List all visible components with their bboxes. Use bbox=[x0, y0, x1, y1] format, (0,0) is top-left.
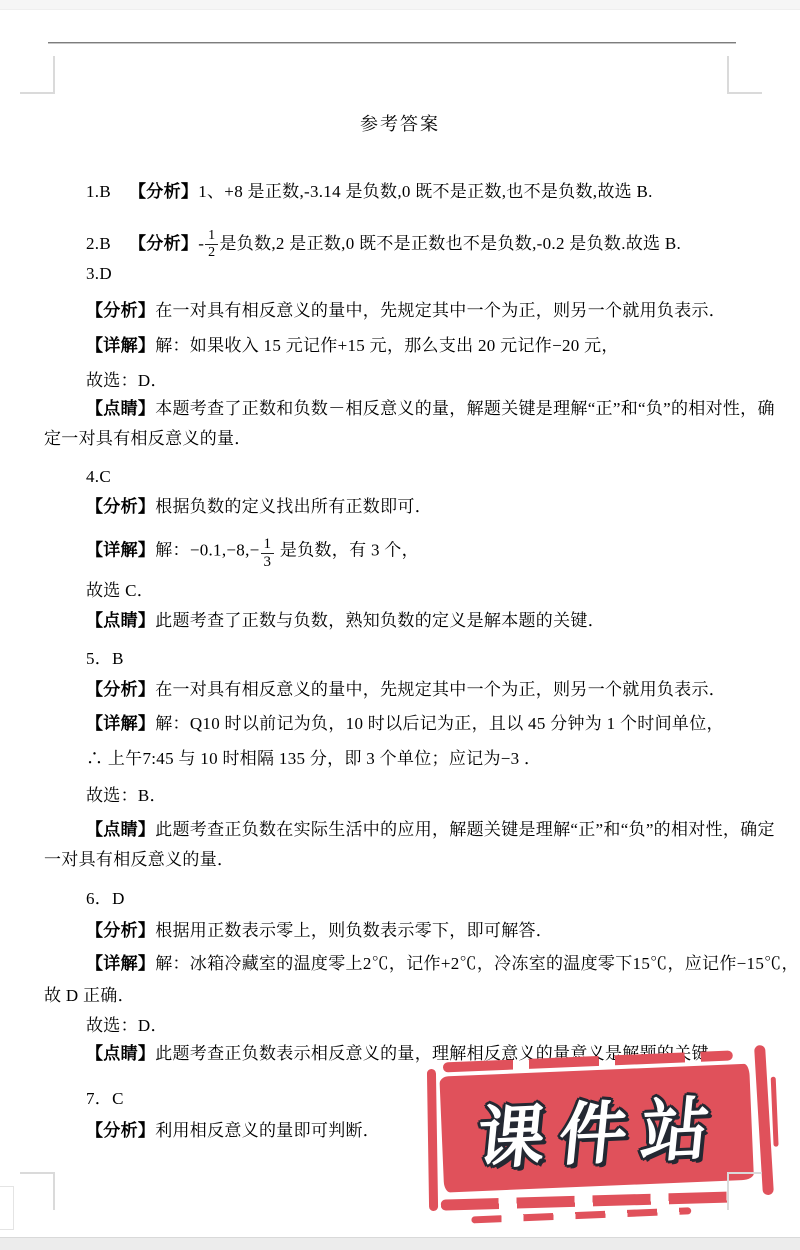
deduction-text: 与 10 时相隔 135 分，即 3 个单位；应记为 bbox=[174, 749, 501, 768]
analysis-label: 【分析】 bbox=[86, 301, 155, 320]
answer-5-choice: 故选：B． bbox=[86, 784, 167, 808]
answer-6-detail-wrap: 故 D 正确． bbox=[44, 984, 135, 1008]
answer-7-analysis: 【分析】利用相反意义的量即可判断． bbox=[86, 1119, 380, 1143]
math-q10: Q10 bbox=[190, 714, 220, 733]
analysis-label: 【分析】 bbox=[86, 1121, 155, 1140]
top-gray-strip bbox=[0, 0, 800, 10]
stamp-text: 课件站 bbox=[473, 1074, 728, 1182]
analysis-label: 【分析】 bbox=[86, 497, 155, 516]
detail-text: 解：如果收入 15 元记作 bbox=[155, 336, 337, 355]
detail-label: 【详解】 bbox=[86, 954, 155, 973]
analysis-text: 根据用正数表示零上，则负数表示零下，即可解答． bbox=[155, 921, 553, 940]
detail-text: ， bbox=[781, 954, 798, 973]
answer-6-analysis: 【分析】根据用正数表示零上，则负数表示零下，即可解答． bbox=[86, 919, 553, 943]
math-negatives: −0.1,−8,− bbox=[190, 540, 260, 559]
page-edge-artifact bbox=[0, 1186, 14, 1230]
stamp-edge-bottom-outer bbox=[471, 1207, 691, 1223]
answer-4-keypoint: 【点睛】此题考查了正数与负数，熟知负数的定义是解本题的关键． bbox=[86, 609, 605, 633]
answer-3-number: 3.D bbox=[86, 262, 112, 286]
analysis-text: 根据负数的定义找出所有正数即可． bbox=[155, 497, 432, 516]
detail-text: 解： bbox=[155, 540, 190, 559]
detail-text: 是负数，有 3 个， bbox=[275, 540, 419, 559]
text-boundary-mark-top-right bbox=[727, 56, 762, 94]
answer-5-keypoint-wrap: 一对具有相反意义的量． bbox=[44, 848, 234, 872]
analysis-label: 【分析】 bbox=[86, 921, 155, 940]
answer-5-deduction: ∴ 上午7:45 与 10 时相隔 135 分，即 3 个单位；应记为−3 ． bbox=[86, 747, 541, 771]
math-2c: 2℃ bbox=[363, 954, 389, 973]
answer-3-analysis: 【分析】在一对具有相反意义的量中，先规定其中一个为正，则另一个就用负表示． bbox=[86, 299, 726, 323]
keypoint-text: 此题考查正负数在实际生活中的应用，解题关键是理解“正”和“负”的相对性，确定 bbox=[155, 820, 775, 839]
analysis-label: 【分析】 bbox=[129, 182, 198, 201]
analysis-text: 在一对具有相反意义的量中，先规定其中一个为正，则另一个就用负表示． bbox=[155, 301, 726, 320]
math-minus-20: −20 bbox=[552, 336, 580, 355]
answer-3-detail: 【详解】解：如果收入 15 元记作+15 元，那么支出 20 元记作−20 元， bbox=[86, 334, 619, 358]
fraction-one-half: 12 bbox=[205, 229, 218, 260]
deduction-text: ∴ 上午 bbox=[86, 749, 142, 768]
keypoint-label: 【点睛】 bbox=[86, 820, 155, 839]
math-plus-15: +15 bbox=[338, 336, 366, 355]
math-minus-15c: −15℃ bbox=[737, 954, 782, 973]
math-minus-3: −3 bbox=[501, 749, 520, 768]
keypoint-label: 【点睛】 bbox=[86, 1044, 155, 1063]
answer-number: 1.B bbox=[86, 180, 111, 204]
answer-4-number: 4.C bbox=[86, 465, 111, 489]
analysis-text: 利用相反意义的量即可判断． bbox=[155, 1121, 380, 1140]
detail-text: ，应记作 bbox=[667, 954, 736, 973]
detail-text: 元， bbox=[580, 336, 619, 355]
answer-5-keypoint: 【点睛】此题考查正负数在实际生活中的应用，解题关键是理解“正”和“负”的相对性，… bbox=[86, 818, 775, 842]
detail-label: 【详解】 bbox=[86, 540, 155, 559]
answer-text: 是负数,2 是正数,0 既不是正数也不是负数,-0.2 是负数.故选 B. bbox=[219, 234, 681, 253]
stamp-edge-right-outer bbox=[771, 1077, 779, 1147]
analysis-text: 在一对具有相反意义的量中，先规定其中一个为正，则另一个就用负表示． bbox=[155, 680, 726, 699]
answer-3-keypoint: 【点睛】本题考查了正数和负数－相反意义的量，解题关键是理解“正”和“负”的相对性… bbox=[86, 397, 775, 421]
answer-text: 1、+8 是正数,-3.14 是负数,0 既不是正数,也不是负数,故选 B. bbox=[198, 182, 653, 201]
detail-text: 解：冰箱冷藏室的温度零上 bbox=[155, 954, 363, 973]
detail-text: 解： bbox=[155, 714, 190, 733]
text-boundary-mark-top-left bbox=[20, 56, 55, 94]
math-plus-2c: +2℃ bbox=[441, 954, 477, 973]
analysis-label: 【分析】 bbox=[129, 234, 198, 253]
answer-3-keypoint-wrap: 定一对具有相反意义的量． bbox=[44, 427, 252, 451]
answer-6-number: 6．D bbox=[86, 887, 125, 911]
kejianzhan-stamp-watermark: 课件站 bbox=[425, 1047, 776, 1225]
math-15c: 15℃ bbox=[633, 954, 668, 973]
detail-text: 元，那么支出 20 元记作 bbox=[365, 336, 552, 355]
text-boundary-mark-bottom-left bbox=[20, 1172, 55, 1210]
answer-4-detail: 【详解】解：−0.1,−8,−13 是负数，有 3 个， bbox=[86, 537, 419, 570]
keypoint-text: 此题考查了正数与负数，熟知负数的定义是解本题的关键． bbox=[155, 611, 605, 630]
text-boundary-mark-bottom-right bbox=[727, 1172, 762, 1210]
page-title: 参考答案 bbox=[0, 110, 800, 136]
stamp-edge-left bbox=[427, 1069, 438, 1211]
bottom-gray-strip bbox=[0, 1237, 800, 1250]
deduction-text: ． bbox=[519, 749, 541, 768]
stamp-edge-bottom bbox=[441, 1191, 741, 1210]
answer-4-analysis: 【分析】根据负数的定义找出所有正数即可． bbox=[86, 495, 432, 519]
header-rule bbox=[48, 42, 736, 43]
answer-7-number: 7．C bbox=[86, 1087, 124, 1111]
answer-1: 1.B【分析】1、+8 是正数,-3.14 是负数,0 既不是正数,也不是负数,… bbox=[86, 180, 653, 204]
document-page: { "title": "参考答案", "colors": { "stamp_re… bbox=[0, 0, 800, 1250]
detail-text: ，冷冻室的温度零下 bbox=[477, 954, 633, 973]
analysis-label: 【分析】 bbox=[86, 680, 155, 699]
answer-number: 2.B bbox=[86, 232, 111, 256]
keypoint-text: 本题考查了正数和负数－相反意义的量，解题关键是理解“正”和“负”的相对性，确 bbox=[155, 399, 775, 418]
answer-6-choice: 故选：D． bbox=[86, 1014, 168, 1038]
keypoint-label: 【点睛】 bbox=[86, 399, 155, 418]
fraction-one-third: 13 bbox=[261, 537, 275, 570]
answer-5-detail: 【详解】解：Q10 时以前记为负，10 时以后记为正，且以 45 分钟为 1 个… bbox=[86, 712, 724, 736]
answer-3-choice: 故选：D． bbox=[86, 369, 168, 393]
minus-sign: - bbox=[198, 234, 204, 253]
detail-label: 【详解】 bbox=[86, 336, 155, 355]
stamp-body: 课件站 bbox=[439, 1064, 754, 1193]
answer-5-analysis: 【分析】在一对具有相反意义的量中，先规定其中一个为正，则另一个就用负表示． bbox=[86, 678, 726, 702]
detail-text: ，记作 bbox=[389, 954, 441, 973]
detail-label: 【详解】 bbox=[86, 714, 155, 733]
detail-text: 时以前记为负，10 时以后记为正，且以 45 分钟为 1 个时间单位， bbox=[220, 714, 724, 733]
math-time: 7:45 bbox=[142, 749, 173, 768]
keypoint-label: 【点睛】 bbox=[86, 611, 155, 630]
answer-5-number: 5．B bbox=[86, 647, 124, 671]
answer-6-detail: 【详解】解：冰箱冷藏室的温度零上2℃，记作+2℃，冷冻室的温度零下15℃，应记作… bbox=[86, 952, 799, 976]
answer-4-choice: 故选 C． bbox=[86, 579, 154, 603]
answer-2: 2.B【分析】-12是负数,2 是正数,0 既不是正数也不是负数,-0.2 是负… bbox=[86, 229, 681, 260]
